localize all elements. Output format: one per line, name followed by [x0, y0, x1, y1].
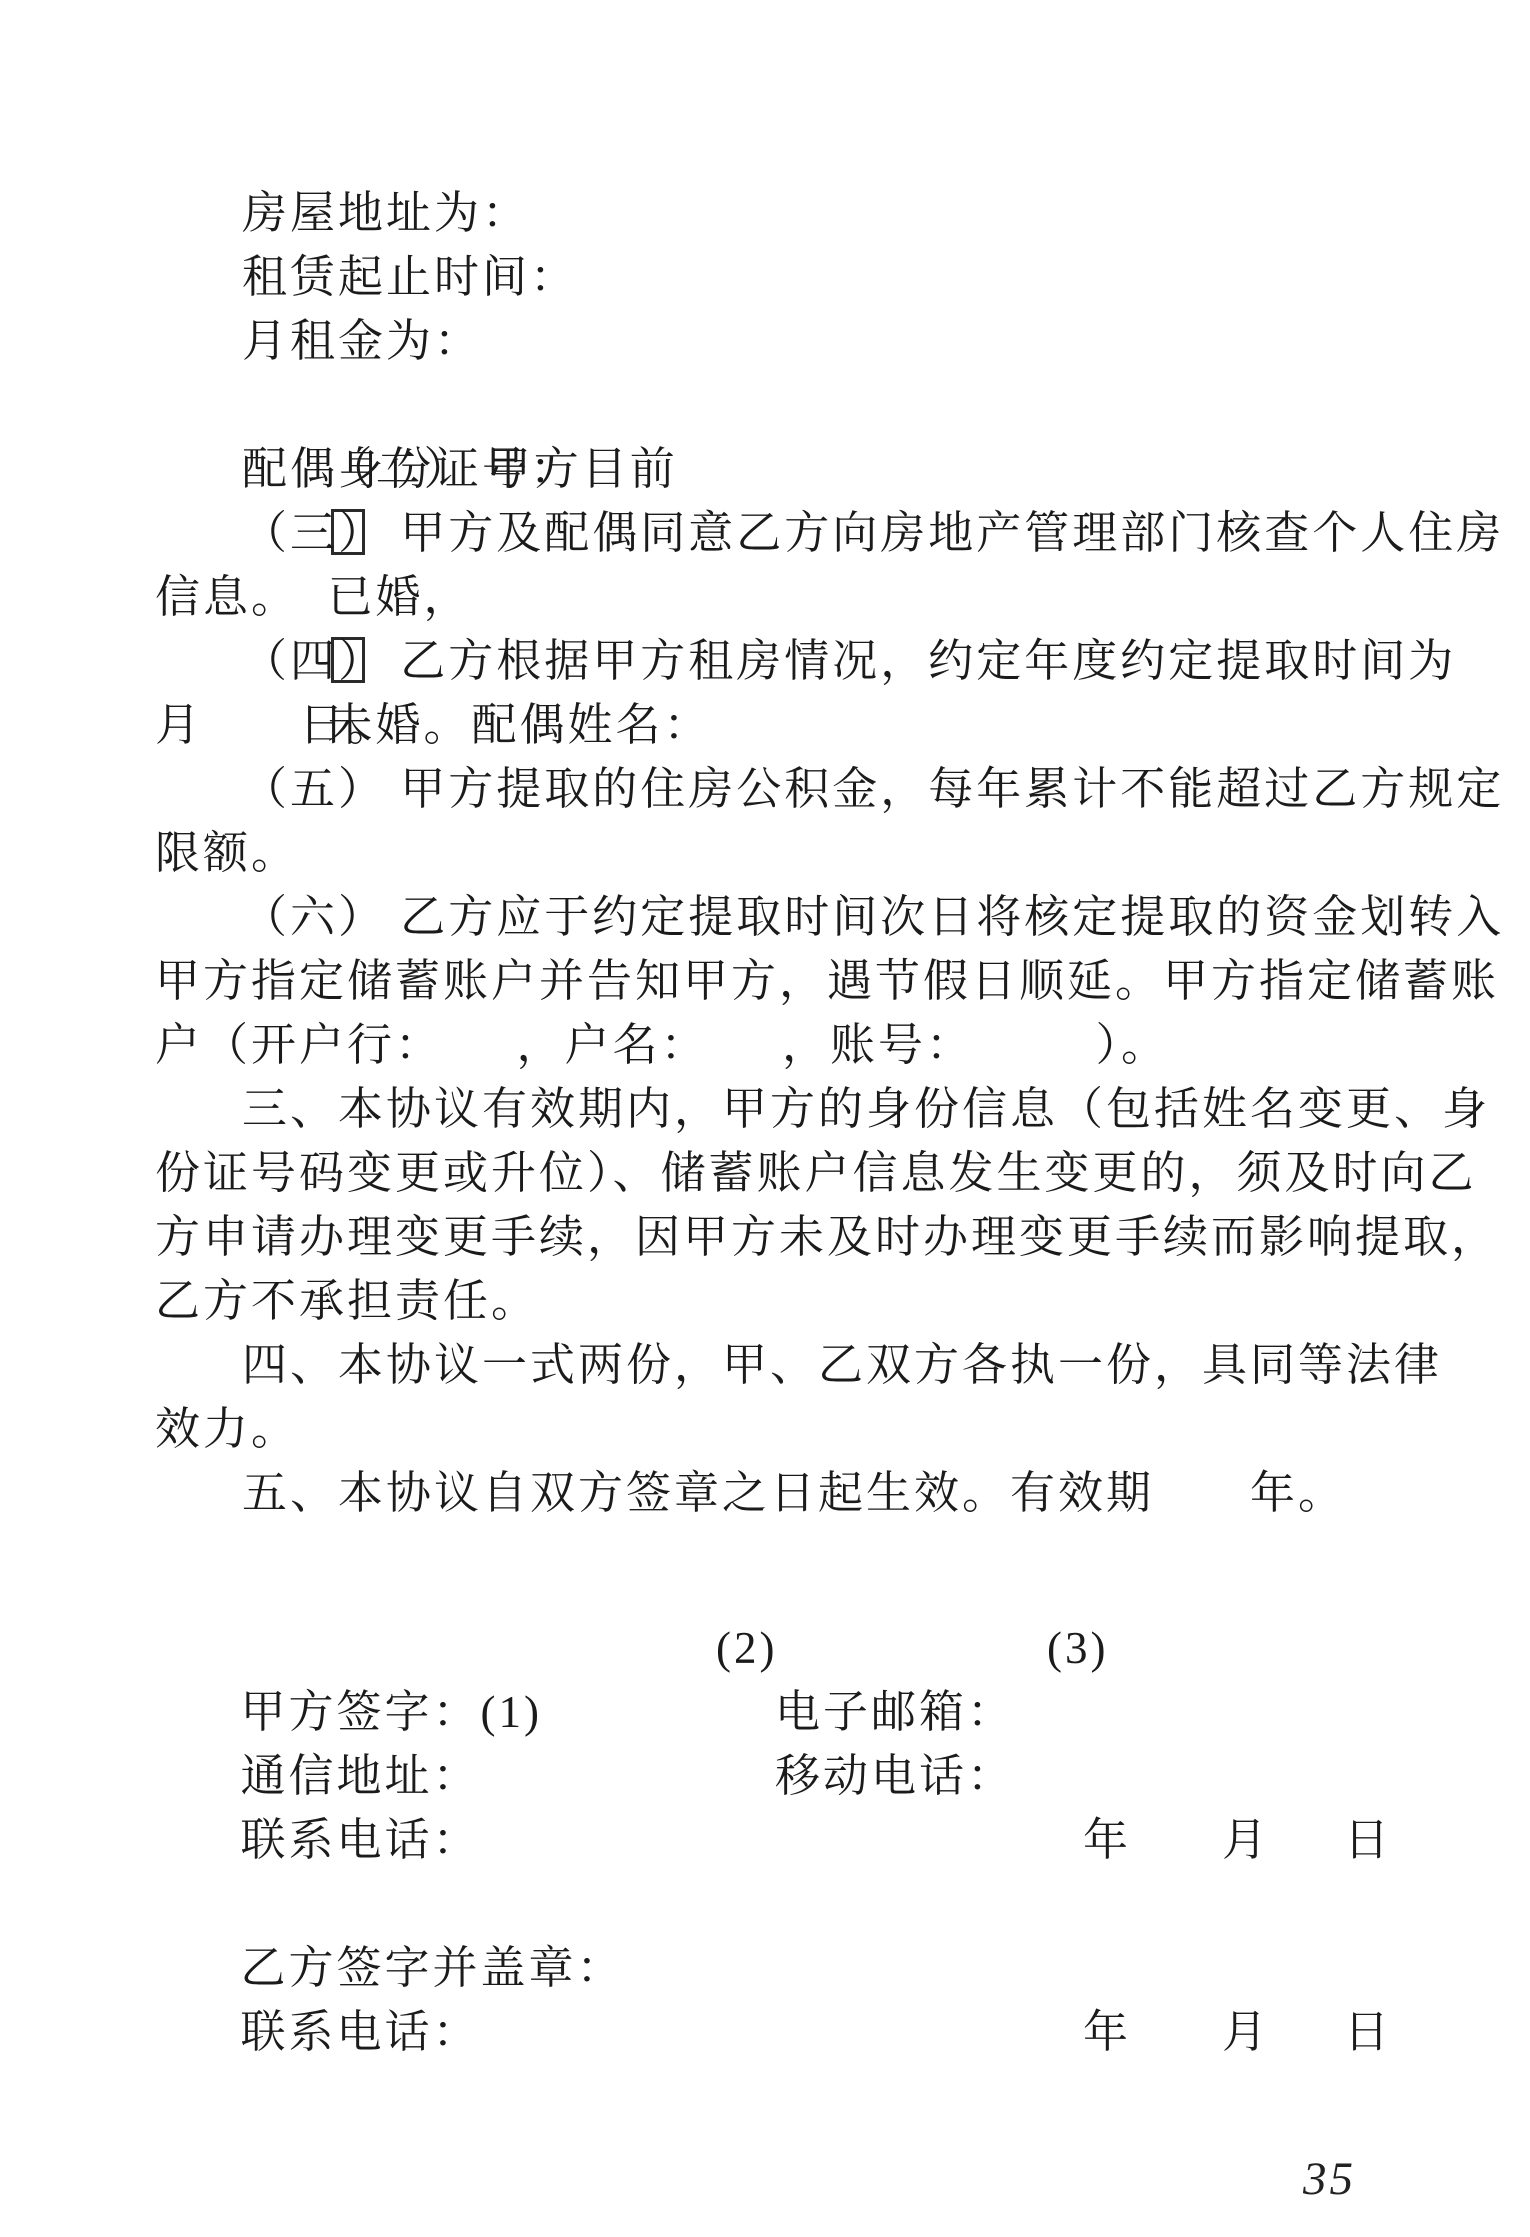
field-house-address: 房屋地址为： [0, 181, 1530, 245]
party-a-signature-row: 甲方签字：(1) (2) (3) [0, 1616, 1530, 1680]
clause-three-line-1: 三、本协议有效期内，甲方的身份信息（包括姓名变更、身 [0, 1077, 1530, 1141]
clause-three-line-2: 份证号码变更或升位）、储蓄账户信息发生变更的，须及时向乙 [0, 1141, 1530, 1205]
clause-5-line-2: 限额。 [0, 821, 1530, 885]
clause-3-line-2: 信息。 [0, 565, 1530, 629]
party-a-date-row: 年 月 日 [0, 1808, 1530, 1872]
year-label: 年 [1083, 1808, 1131, 1872]
field-lease-period: 租赁起止时间： [0, 245, 1530, 309]
day-label: 日 [1344, 2000, 1392, 2064]
field-spouse-id-number: 配偶身份证号： [0, 437, 1530, 501]
year-label: 年 [1083, 2000, 1131, 2064]
month-label: 月 [1222, 2000, 1270, 2064]
month-label: 月 [1222, 1808, 1270, 1872]
clause-2-marital-status: （二） 甲方目前 已婚， 未婚。配偶姓名： [0, 373, 1530, 437]
clause-three-line-4: 乙方不承担责任。 [0, 1269, 1530, 1333]
clause-three-line-3: 方申请办理变更手续，因甲方未及时办理变更手续而影响提取， [0, 1205, 1530, 1269]
clause-4-line-1: （四） 乙方根据甲方租房情况，约定年度约定提取时间为 [0, 629, 1530, 693]
signature-slot-2: (2) [716, 1616, 777, 1680]
clause-6-line-2: 甲方指定储蓄账户并告知甲方，遇节假日顺延。甲方指定储蓄账 [0, 949, 1530, 1013]
married-label: 已婚， [328, 572, 486, 622]
signature-slot-3: (3) [1047, 1616, 1108, 1680]
page-number: 35 [1303, 2152, 1356, 2206]
party-b-signature-row: 乙方签字并盖章： [0, 1872, 1530, 1936]
party-b-date-row: 年 月 日 [0, 2000, 1530, 2064]
clause-four-line-2: 效力。 [0, 1397, 1530, 1461]
email-label: 电子邮箱： [775, 1680, 1015, 1744]
day-label: 日 [1344, 1808, 1392, 1872]
document-page: 房屋地址为： 租赁起止时间： 月租金为： （二） 甲方目前 已婚， 未婚。配偶姓… [0, 0, 1530, 2237]
field-monthly-rent: 月租金为： [0, 309, 1530, 373]
mobile-label: 移动电话： [775, 1744, 1015, 1808]
clause-6-line-3: 户（开户行： ，户名： ，账号： ）。 [0, 1013, 1530, 1077]
address-email-row: 通信地址： 电子邮箱： [0, 1680, 1530, 1744]
clause-6-line-1: （六） 乙方应于约定提取时间次日将核定提取的资金划转入 [0, 885, 1530, 949]
clause-3-line-1: （三） 甲方及配偶同意乙方向房地产管理部门核查个人住房 [0, 501, 1530, 565]
agreement-body: 房屋地址为： 租赁起止时间： 月租金为： （二） 甲方目前 已婚， 未婚。配偶姓… [0, 181, 1530, 2064]
clause-5-line-1: （五） 甲方提取的住房公积金，每年累计不能超过乙方规定 [0, 757, 1530, 821]
party-b-phone-row: 联系电话： [0, 1936, 1530, 2000]
clause-five-line: 五、本协议自双方签章之日起生效。有效期 年。 [0, 1461, 1530, 1525]
phone-mobile-row: 联系电话： 移动电话： [0, 1744, 1530, 1808]
section-gap [0, 1525, 1530, 1616]
clause-4-line-2: 月 日。 [0, 693, 1530, 757]
clause-four-line-1: 四、本协议一式两份，甲、乙双方各执一份，具同等法律 [0, 1333, 1530, 1397]
